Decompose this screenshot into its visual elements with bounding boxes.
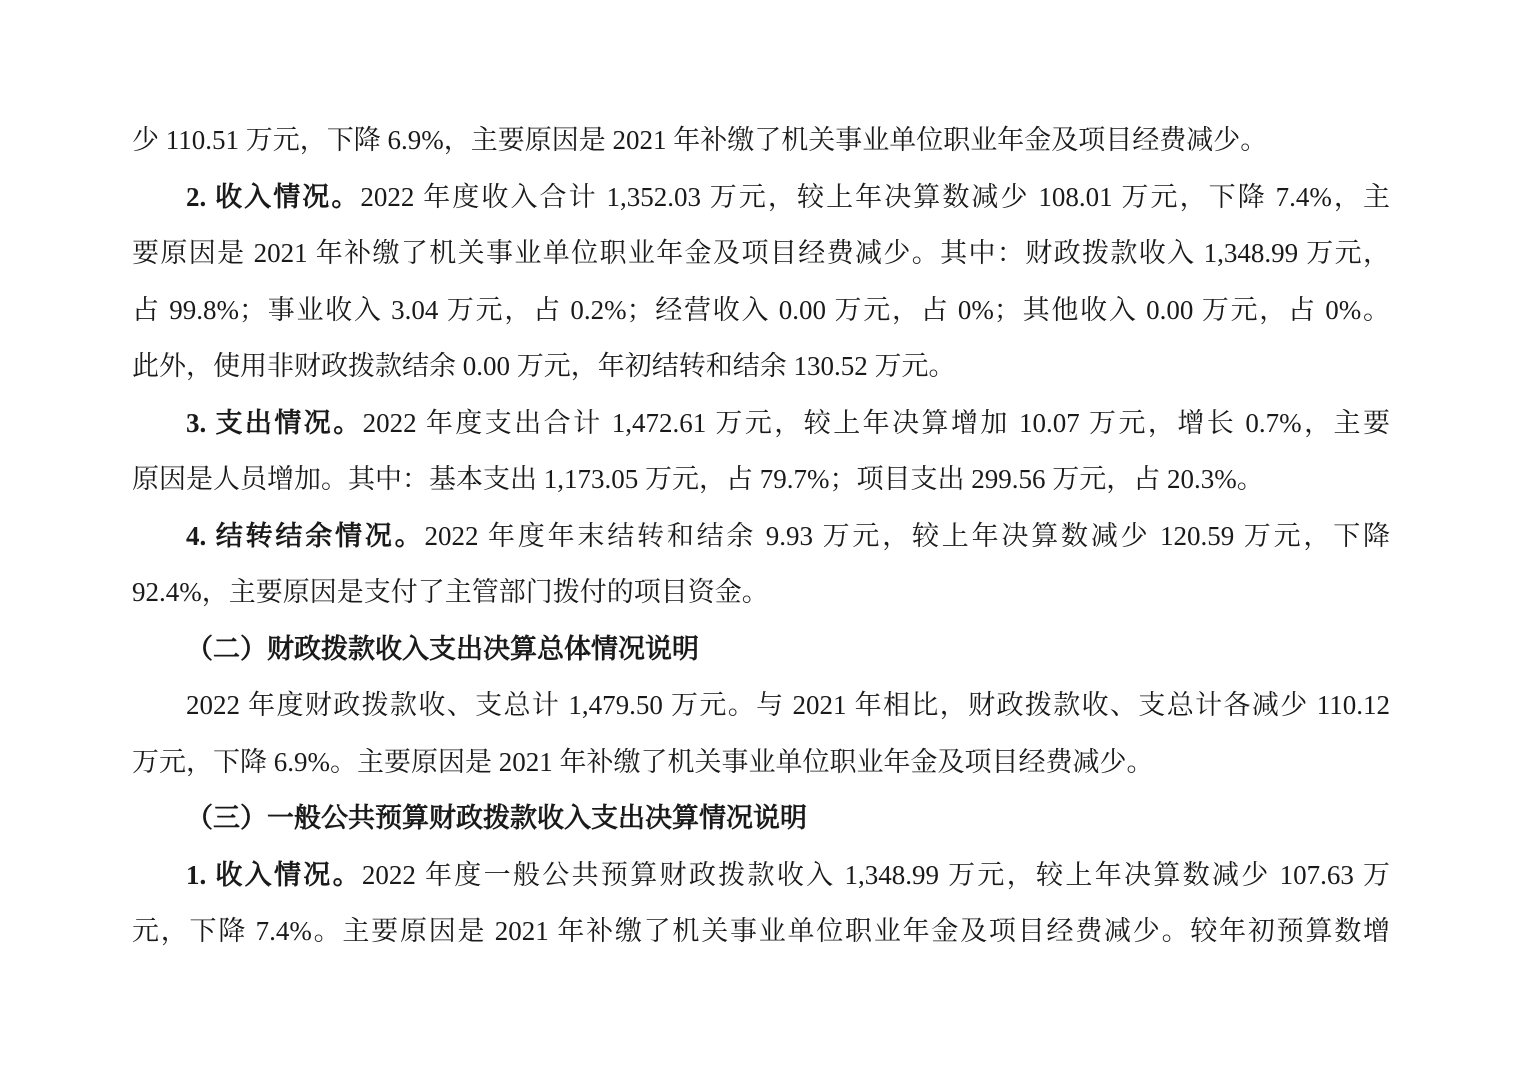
line-general-budget-income-1: 1. 收入情况。2022 年度一般公共预算财政拨款收入 1,348.99 万元，… xyxy=(132,847,1390,904)
section-heading-text: （二）财政拨款收入支出决算总体情况说明 xyxy=(186,634,699,664)
text-run: 要原因是 2021 年补缴了机关事业单位职业年金及项目经费减少。其中：财政拨款收… xyxy=(132,238,1390,268)
carryover-paragraph-label: 4. 结转结余情况。 xyxy=(186,521,424,551)
text-run: 少 110.51 万元，下降 6.9%，主要原因是 2021 年补缴了机关事业单… xyxy=(132,125,1267,155)
text-run: 元，下降 7.4%。主要原因是 2021 年补缴了机关事业单位职业年金及项目经费… xyxy=(132,916,1390,946)
line-income-paragraph-3: 占 99.8%；事业收入 3.04 万元，占 0.2%；经营收入 0.00 万元… xyxy=(132,282,1390,339)
line-carryover-paragraph-1: 4. 结转结余情况。2022 年度年末结转和结余 9.93 万元，较上年决算数减… xyxy=(132,508,1390,565)
text-run: 2022 年度年末结转和结余 9.93 万元，较上年决算数减少 120.59 万… xyxy=(424,521,1390,551)
line-income-paragraph-2: 要原因是 2021 年补缴了机关事业单位职业年金及项目经费减少。其中：财政拨款收… xyxy=(132,225,1390,282)
heading-fiscal-appropriation-summary: （二）财政拨款收入支出决算总体情况说明 xyxy=(132,621,1390,678)
section-heading-text: （三）一般公共预算财政拨款收入支出决算情况说明 xyxy=(186,803,807,833)
line-fiscal-total-paragraph-2: 万元，下降 6.9%。主要原因是 2021 年补缴了机关事业单位职业年金及项目经… xyxy=(132,734,1390,791)
line-expenditure-paragraph-1: 3. 支出情况。2022 年度支出合计 1,472.61 万元，较上年决算增加 … xyxy=(132,395,1390,452)
text-run: 92.4%，主要原因是支付了主管部门拨付的项目资金。 xyxy=(132,577,769,607)
text-run: 原因是人员增加。其中：基本支出 1,173.05 万元，占 79.7%；项目支出… xyxy=(132,464,1264,494)
text-run: 占 99.8%；事业收入 3.04 万元，占 0.2%；经营收入 0.00 万元… xyxy=(132,295,1390,325)
general-income-paragraph-label: 1. 收入情况。 xyxy=(186,860,362,890)
line-general-budget-income-2: 元，下降 7.4%。主要原因是 2021 年补缴了机关事业单位职业年金及项目经费… xyxy=(132,903,1390,960)
text-run: 2022 年度一般公共预算财政拨款收入 1,348.99 万元，较上年决算数减少… xyxy=(362,860,1390,890)
text-run: 万元，下降 6.9%。主要原因是 2021 年补缴了机关事业单位职业年金及项目经… xyxy=(132,747,1154,777)
line-fiscal-total-paragraph-1: 2022 年度财政拨款收、支总计 1,479.50 万元。与 2021 年相比，… xyxy=(132,677,1390,734)
document-page: 少 110.51 万元，下降 6.9%，主要原因是 2021 年补缴了机关事业单… xyxy=(0,0,1520,1074)
text-run: 2022 年度财政拨款收、支总计 1,479.50 万元。与 2021 年相比，… xyxy=(186,690,1390,720)
line-prev-paragraph-end: 少 110.51 万元，下降 6.9%，主要原因是 2021 年补缴了机关事业单… xyxy=(132,112,1390,169)
text-run: 2022 年度支出合计 1,472.61 万元，较上年决算增加 10.07 万元… xyxy=(363,408,1390,438)
line-carryover-paragraph-2: 92.4%，主要原因是支付了主管部门拨付的项目资金。 xyxy=(132,564,1390,621)
line-expenditure-paragraph-2: 原因是人员增加。其中：基本支出 1,173.05 万元，占 79.7%；项目支出… xyxy=(132,451,1390,508)
text-run: 此外，使用非财政拨款结余 0.00 万元，年初结转和结余 130.52 万元。 xyxy=(132,351,956,381)
text-run: 2022 年度收入合计 1,352.03 万元，较上年决算数减少 108.01 … xyxy=(360,182,1390,212)
expenditure-paragraph-label: 3. 支出情况。 xyxy=(186,408,363,438)
line-income-paragraph-4: 此外，使用非财政拨款结余 0.00 万元，年初结转和结余 130.52 万元。 xyxy=(132,338,1390,395)
income-paragraph-label: 2. 收入情况。 xyxy=(186,182,360,212)
line-income-paragraph-1: 2. 收入情况。2022 年度收入合计 1,352.03 万元，较上年决算数减少… xyxy=(132,169,1390,226)
heading-general-public-budget: （三）一般公共预算财政拨款收入支出决算情况说明 xyxy=(132,790,1390,847)
